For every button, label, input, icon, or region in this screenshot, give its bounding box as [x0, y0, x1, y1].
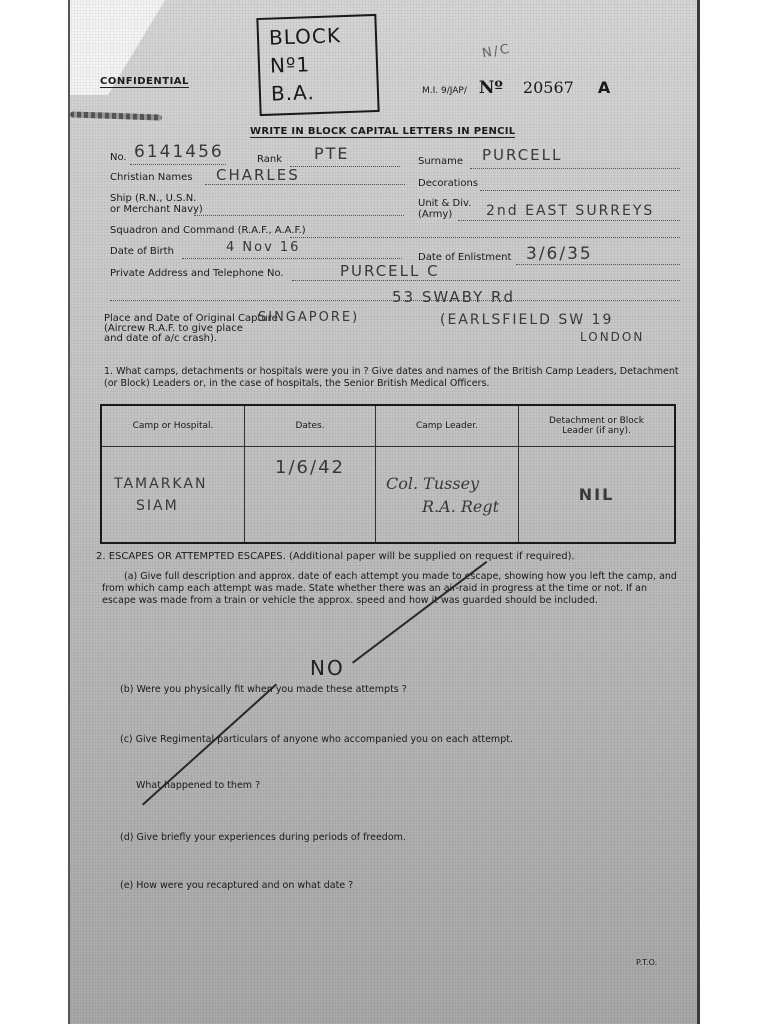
col-camp-leader: Camp Leader.	[376, 405, 519, 447]
address-line-2: 53 SWABY Rd	[392, 288, 515, 306]
address-line-3: (EARLSFIELD SW 19	[440, 312, 613, 328]
number-label: No.	[110, 152, 127, 163]
dates-cell: 1/6/42	[245, 447, 376, 544]
reference-block: M.I. 9/JAP/ Nº 20567 A	[422, 78, 610, 98]
stamp-line-3: B.A.	[270, 76, 367, 107]
camp-line-2: SIAM	[136, 498, 243, 514]
unit-label-2: (Army)	[418, 209, 452, 220]
question-2d: (d) Give briefly your experiences during…	[120, 832, 406, 844]
question-2e: (e) How were you recaptured and on what …	[120, 880, 353, 892]
please-turn-over: P.T.O.	[636, 958, 657, 967]
serial-suffix: A	[598, 78, 610, 97]
escape-answer: NO	[310, 656, 345, 680]
unit-value: 2nd EAST SURREYS	[486, 203, 654, 219]
ship-label-1: Ship (R.N., U.S.N.	[110, 193, 196, 204]
table-row: TAMARKAN SIAM 1/6/42 Col. Tussey R.A. Re…	[101, 447, 675, 544]
christian-names-label: Christian Names	[110, 172, 192, 183]
surname-value: PURCELL	[482, 146, 562, 164]
question-2b: (b) Were you physically fit when you mad…	[120, 684, 407, 696]
serial-number: 20567	[523, 78, 574, 97]
classification-label: CONFIDENTIAL	[100, 76, 189, 88]
question-2a: (a) Give full description and approx. da…	[102, 571, 680, 607]
question-2c-followup: What happened to them ?	[136, 780, 260, 792]
questionnaire-page: CONFIDENTIAL BLOCK Nº1 B.A. N/C M.I. 9/J…	[68, 0, 700, 1024]
camp-line-1: TAMARKAN	[114, 476, 243, 492]
detachment-cell: NIL	[519, 447, 676, 544]
rank-label: Rank	[257, 154, 282, 165]
unit-label-1: Unit & Div.	[418, 198, 471, 209]
detachment-value: NIL	[520, 485, 673, 504]
camp-leader-line-1: Col. Tussey	[386, 474, 517, 493]
question-2c: (c) Give Regimental particulars of anyon…	[120, 734, 513, 746]
squadron-label: Squadron and Command (R.A.F., A.A.F.)	[110, 225, 306, 236]
christian-names-value: CHARLES	[216, 166, 300, 184]
table-header-row: Camp or Hospital. Dates. Camp Leader. De…	[101, 405, 675, 447]
instruction-heading: WRITE IN BLOCK CAPITAL LETTERS IN PENCIL	[250, 126, 515, 138]
stamp-line-1: BLOCK	[269, 20, 366, 51]
section-2-title: 2. ESCAPES OR ATTEMPTED ESCAPES. (Additi…	[96, 551, 575, 562]
tie-string	[70, 111, 162, 120]
number-value: 6141456	[134, 142, 224, 162]
col-camp: Camp or Hospital.	[101, 405, 245, 447]
camp-leader-line-2: R.A. Regt	[422, 497, 517, 516]
section-1-question: 1. What camps, detachments or hospitals …	[104, 366, 680, 390]
camp-leader-cell: Col. Tussey R.A. Regt	[376, 447, 519, 544]
col-detachment-leader: Detachment or Block Leader (if any).	[519, 405, 676, 447]
capture-label-3: and date of a/c crash).	[104, 333, 217, 344]
capture-value: SINGAPORE)	[258, 310, 359, 325]
reference-prefix: M.I. 9/JAP/	[422, 86, 467, 96]
surname-label: Surname	[418, 156, 463, 167]
camp-cell: TAMARKAN SIAM	[101, 447, 245, 544]
stamp-line-2: Nº1	[270, 48, 367, 79]
block-stamp: BLOCK Nº1 B.A.	[256, 14, 379, 116]
enlistment-value: 3/6/35	[526, 244, 593, 264]
dates-value: 1/6/42	[246, 457, 374, 478]
decorations-label: Decorations	[418, 178, 478, 189]
number-label: Nº	[479, 78, 503, 98]
dob-label: Date of Birth	[110, 246, 174, 257]
address-line-1: PURCELL C	[340, 262, 440, 280]
col-dates: Dates.	[245, 405, 376, 447]
dob-value: 4 Nov 16	[226, 240, 300, 255]
address-label: Private Address and Telephone No.	[110, 268, 284, 279]
camps-table: Camp or Hospital. Dates. Camp Leader. De…	[100, 404, 676, 544]
ship-label-2: or Merchant Navy)	[110, 204, 203, 215]
address-line-4: LONDON	[580, 330, 644, 344]
pencil-note: N/C	[481, 42, 512, 62]
rank-value: PTE	[314, 144, 350, 163]
